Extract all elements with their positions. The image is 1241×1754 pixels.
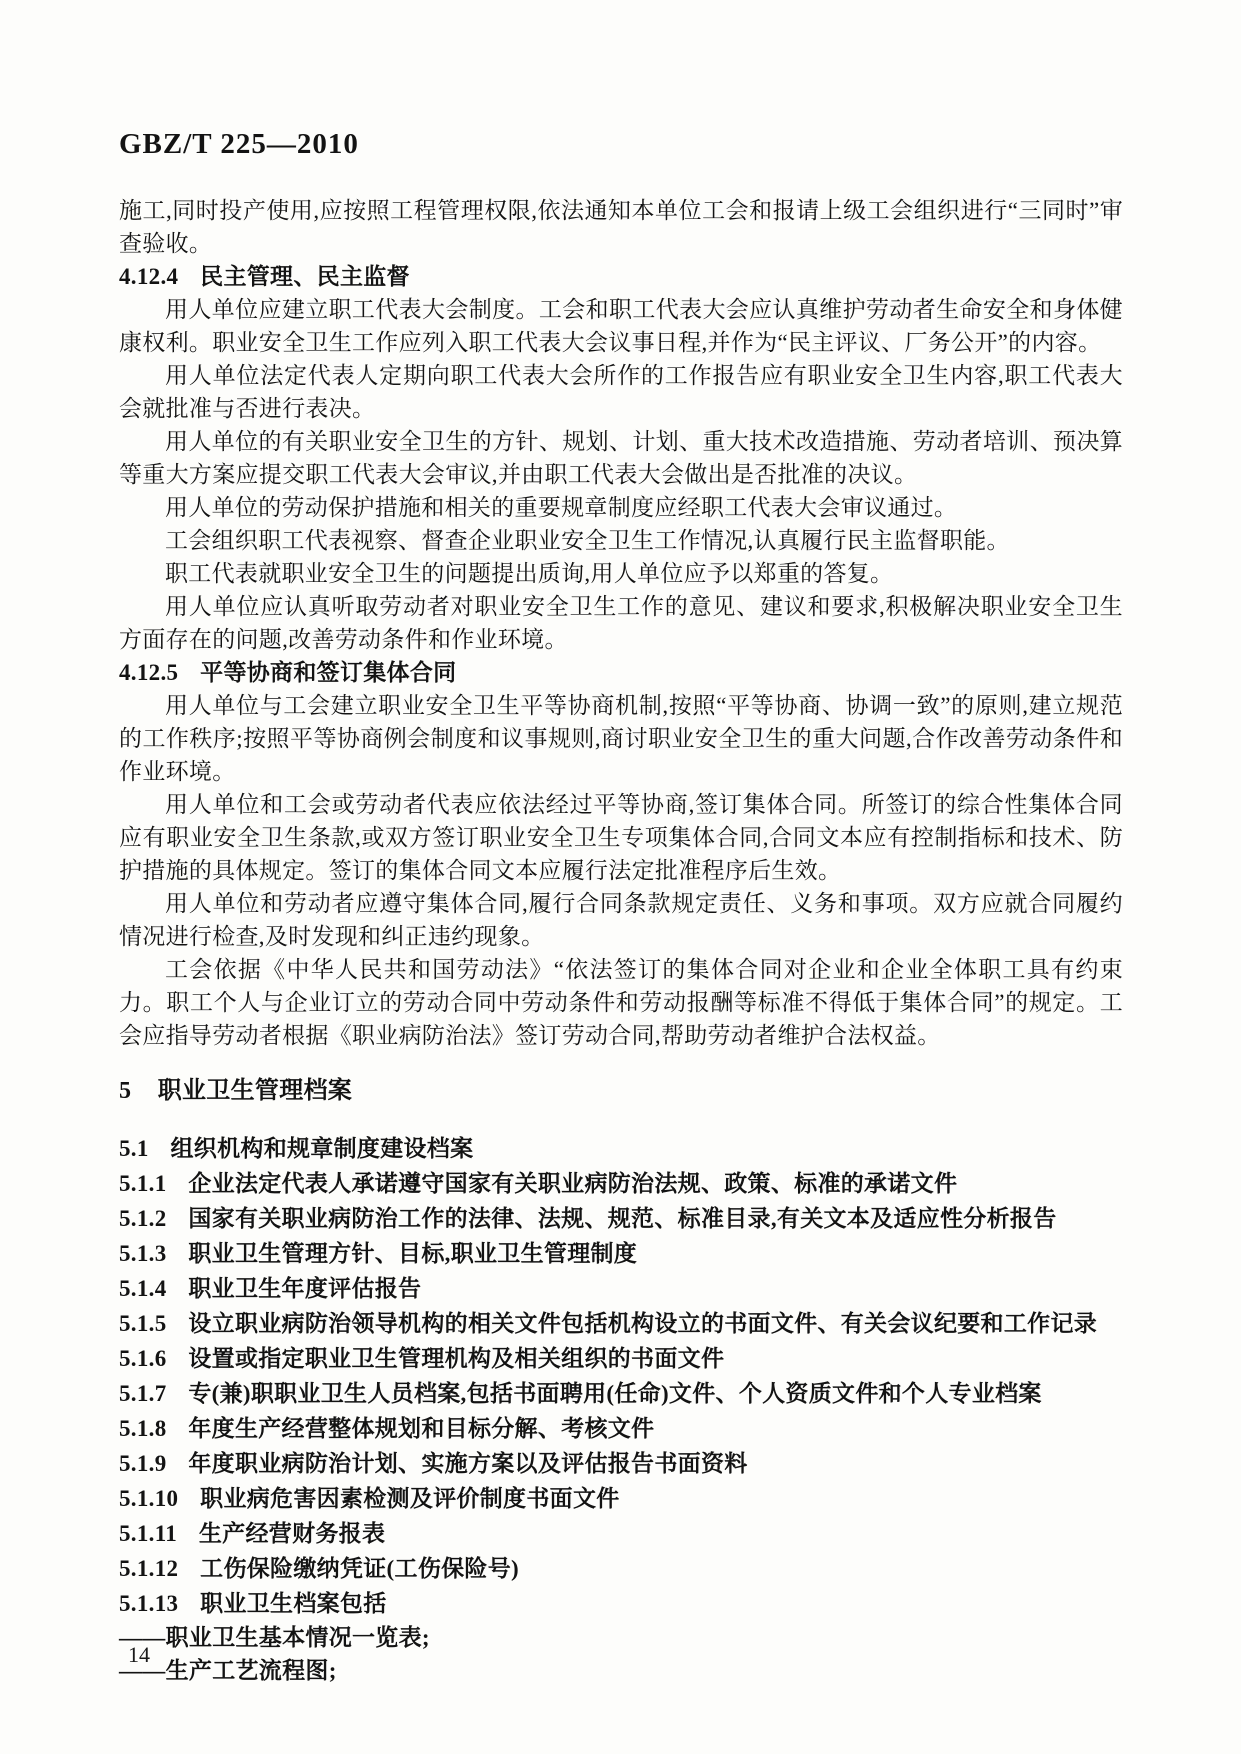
clause-title: 年度生产经营整体规划和目标分解、考核文件 [188,1416,654,1441]
clause-heading: 5.1.11生产经营财务报表 [119,1516,1123,1551]
clause-heading: 5.1.5设立职业病防治领导机构的相关文件包括机构设立的书面文件、有关会议纪要和… [119,1306,1123,1341]
paragraph: 用人单位和劳动者应遵守集体合同,履行合同条款规定责任、义务和事项。双方应就合同履… [119,887,1123,953]
clause-heading: 5.1.2国家有关职业病防治工作的法律、法规、规范、标准目录,有关文本及适应性分… [119,1201,1123,1236]
clause-heading: 4.12.4民主管理、民主监督 [119,260,1123,293]
page-number: 14 [128,1642,150,1667]
clause-number: 5.1.9 [119,1451,167,1476]
clause-heading: 4.12.5平等协商和签订集体合同 [119,656,1123,689]
clause-title: 年度职业病防治计划、实施方案以及评估报告书面资料 [188,1451,747,1476]
clause-number: 4.12.4 [119,264,178,289]
paragraph: 用人单位的劳动保护措施和相关的重要规章制度应经职工代表大会审议通过。 [119,491,1123,524]
paragraph-continuation: 施工,同时投产使用,应按照工程管理权限,依法通知本单位工会和报请上级工会组织进行… [119,194,1123,260]
clause-heading: 5.1.1企业法定代表人承诺遵守国家有关职业病防治法规、政策、标准的承诺文件 [119,1166,1123,1201]
clause-number: 5.1.13 [119,1591,178,1616]
clause-title: 生产经营财务报表 [199,1521,385,1546]
clause-number: 5.1.1 [119,1171,167,1196]
clause-heading: 5.1.7专(兼)职职业卫生人员档案,包括书面聘用(任命)文件、个人资质文件和个… [119,1376,1123,1411]
clause-heading: 5.1组织机构和规章制度建设档案 [119,1131,1123,1166]
content-flow: 施工,同时投产使用,应按照工程管理权限,依法通知本单位工会和报请上级工会组织进行… [119,194,1123,1687]
clause-number: 5.1.5 [119,1311,167,1336]
clause-title: 平等协商和签订集体合同 [200,660,456,685]
clause-title: 设立职业病防治领导机构的相关文件包括机构设立的书面文件、有关会议纪要和工作记录 [188,1311,1097,1336]
clause-number: 5.1.2 [119,1206,167,1231]
paragraph: 用人单位应认真听取劳动者对职业安全卫生工作的意见、建议和要求,积极解决职业安全卫… [119,590,1123,656]
paragraph: 用人单位和工会或劳动者代表应依法经过平等协商,签订集体合同。所签订的综合性集体合… [119,788,1123,887]
clause-title: 工伤保险缴纳凭证(工伤保险号) [200,1556,519,1581]
clause-title: 职业卫生管理方针、目标,职业卫生管理制度 [188,1241,637,1266]
paragraph: 职工代表就职业安全卫生的问题提出质询,用人单位应予以郑重的答复。 [119,557,1123,590]
clause-number: 5.1.12 [119,1556,178,1581]
clause-heading: 5.1.9年度职业病防治计划、实施方案以及评估报告书面资料 [119,1446,1123,1481]
clause-heading: 5.1.3职业卫生管理方针、目标,职业卫生管理制度 [119,1236,1123,1271]
clause-number: 4.12.5 [119,660,178,685]
paragraph: 工会依据《中华人民共和国劳动法》“依法签订的集体合同对企业和企业全体职工具有约束… [119,953,1123,1052]
document-page: GBZ/T 225—2010 施工,同时投产使用,应按照工程管理权限,依法通知本… [0,0,1241,1754]
clause-number: 5.1.7 [119,1381,167,1406]
clause-title: 职业卫生管理档案 [158,1078,352,1104]
clause-title: 设置或指定职业卫生管理机构及相关组织的书面文件 [188,1346,724,1371]
clause-heading: 5.1.10职业病危害因素检测及评价制度书面文件 [119,1481,1123,1516]
paragraph: 用人单位应建立职工代表大会制度。工会和职工代表大会应认真维护劳动者生命安全和身体… [119,293,1123,359]
paragraph: 工会组织职工代表视察、督查企业职业安全卫生工作情况,认真履行民主监督职能。 [119,524,1123,557]
standard-number: GBZ/T 225—2010 [119,128,359,160]
clause-number: 5.1.6 [119,1346,167,1371]
clause-number: 5.1 [119,1136,149,1161]
clause-title: 民主管理、民主监督 [200,264,410,289]
clause-title: 职业卫生档案包括 [200,1591,386,1616]
clause-number: 5.1.3 [119,1241,167,1266]
clause-heading: 5.1.4职业卫生年度评估报告 [119,1271,1123,1306]
page-header: GBZ/T 225—2010 [119,128,1123,164]
page-footer: 14 [128,1642,150,1668]
clause-title: 职业病危害因素检测及评价制度书面文件 [200,1486,619,1511]
dash-item: ——生产工艺流程图; [119,1654,1123,1687]
paragraph: 用人单位法定代表人定期向职工代表大会所作的工作报告应有职业安全卫生内容,职工代表… [119,359,1123,425]
clause-number: 5.1.10 [119,1486,178,1511]
dash-item: ——职业卫生基本情况一览表; [119,1621,1123,1654]
clause-heading: 5.1.12工伤保险缴纳凭证(工伤保险号) [119,1551,1123,1586]
clause-heading: 5.1.6设置或指定职业卫生管理机构及相关组织的书面文件 [119,1341,1123,1376]
clause-number: 5.1.4 [119,1276,167,1301]
clause-title: 国家有关职业病防治工作的法律、法规、规范、标准目录,有关文本及适应性分析报告 [188,1206,1056,1231]
clause-title: 组织机构和规章制度建设档案 [171,1136,474,1161]
clause-title: 职业卫生年度评估报告 [188,1276,421,1301]
paragraph: 用人单位与工会建立职业安全卫生平等协商机制,按照“平等协商、协调一致”的原则,建… [119,689,1123,788]
clause-title: 专(兼)职职业卫生人员档案,包括书面聘用(任命)文件、个人资质文件和个人专业档案 [188,1381,1041,1406]
chapter-heading: 5职业卫生管理档案 [119,1074,1123,1109]
clause-number: 5 [119,1078,131,1104]
clause-heading: 5.1.13职业卫生档案包括 [119,1586,1123,1621]
clause-number: 5.1.11 [119,1521,177,1546]
paragraph: 用人单位的有关职业安全卫生的方针、规划、计划、重大技术改造措施、劳动者培训、预决… [119,425,1123,491]
clause-number: 5.1.8 [119,1416,167,1441]
clause-heading: 5.1.8年度生产经营整体规划和目标分解、考核文件 [119,1411,1123,1446]
clause-title: 企业法定代表人承诺遵守国家有关职业病防治法规、政策、标准的承诺文件 [188,1171,957,1196]
